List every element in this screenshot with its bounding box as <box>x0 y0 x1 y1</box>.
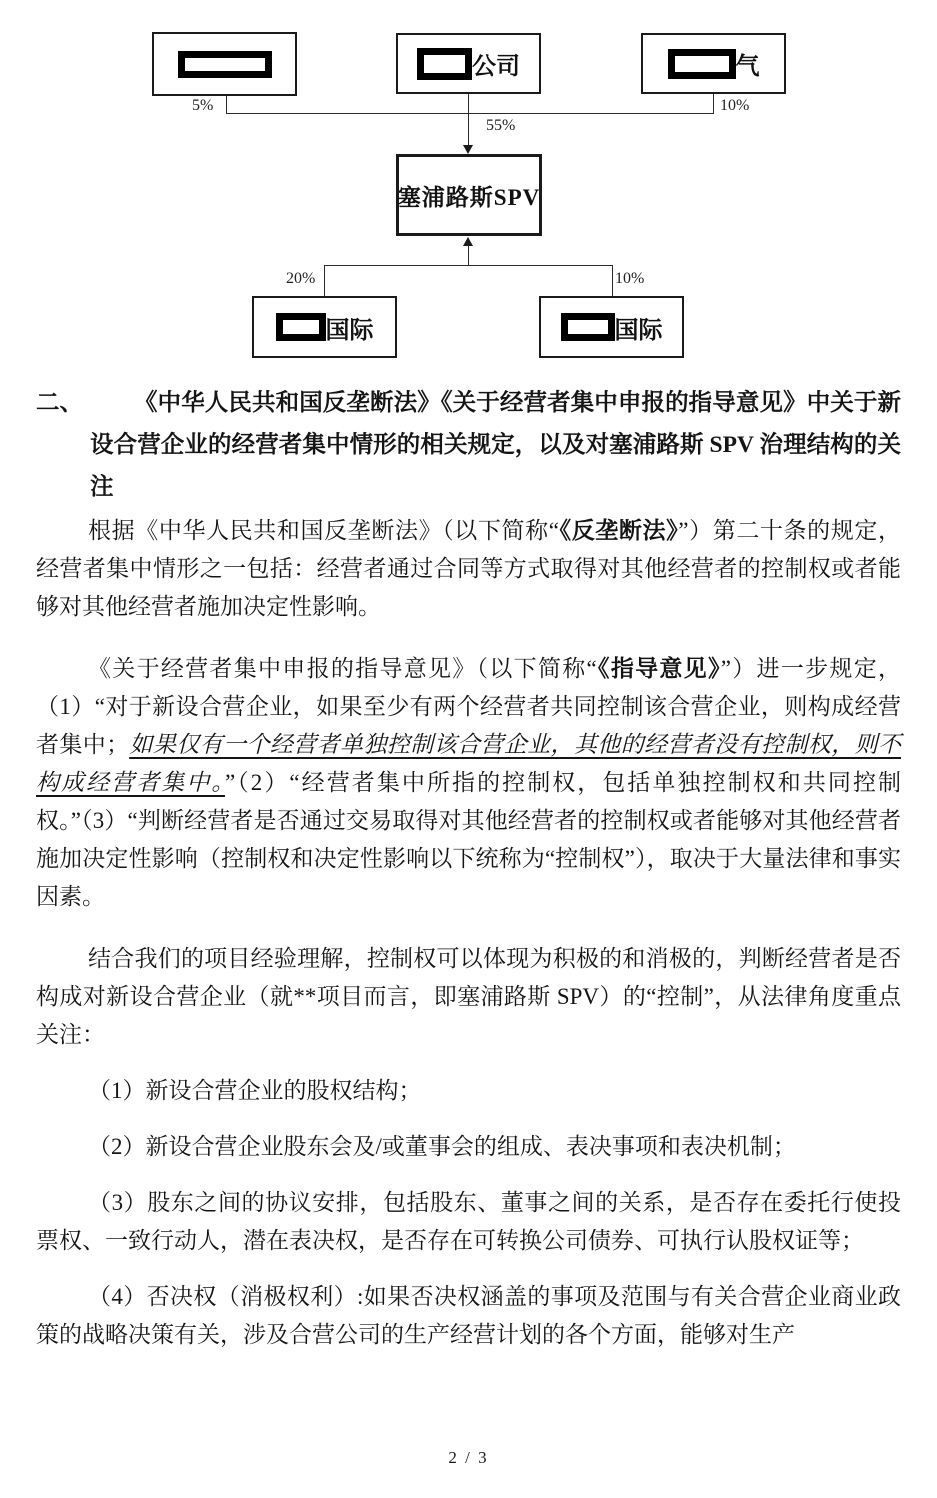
redaction-block <box>561 313 615 341</box>
section-heading: 二、 《中华人民共和国反垄断法》《关于经营者集中申报的指导意见》中关于新设合营企… <box>36 382 901 508</box>
diagram-box-label: 气 <box>736 46 760 81</box>
diagram-box-label: 国际 <box>615 310 663 345</box>
paragraph-project-experience: 结合我们的项目经验理解，控制权可以体现为积极的和消极的，判断经营者是否构成对新设… <box>36 940 901 1054</box>
paragraph-text: 《关于经营者集中申报的指导意见》（以下简称“ <box>88 656 597 681</box>
section-number: 二、 <box>36 382 83 424</box>
percent-label: 10% <box>615 270 644 288</box>
diagram-box-top-left <box>152 32 297 96</box>
diagram-box-spv: 塞浦路斯SPV <box>396 154 542 236</box>
diagram-box-label: 公司 <box>472 46 520 81</box>
list-item-text: （4）否决权（消极权利）:如果否决权涵盖的事项及范围与有关合营企业商业政策的战略… <box>36 1284 901 1347</box>
shareholding-diagram: 公司 气 5% 55% 10% 塞浦路斯SPV 20% 10% <box>0 0 937 380</box>
percent-label: 10% <box>720 97 749 115</box>
diagram-box-bottom-left: 国际 <box>252 296 397 358</box>
connector-line <box>612 265 613 296</box>
redaction-block <box>276 313 326 341</box>
connector-line <box>324 265 613 266</box>
percent-label: 20% <box>286 270 315 288</box>
list-item-text: （1）新设合营企业的股权结构； <box>88 1078 422 1103</box>
document-body: 二、 《中华人民共和国反垄断法》《关于经营者集中申报的指导意见》中关于新设合营企… <box>36 382 901 1354</box>
list-item-text: （3）股东之间的协议安排，包括股东、董事之间的关系，是否存在委托行使投票权、一致… <box>36 1190 901 1253</box>
list-item-text: （2）新设合营企业股东会及/或董事会的组成、表决事项和表决机制； <box>88 1134 796 1159</box>
diagram-box-label: 国际 <box>326 310 374 345</box>
page-number: 2 / 3 <box>0 1448 937 1468</box>
list-item-4: （4）否决权（消极权利）:如果否决权涵盖的事项及范围与有关合营企业商业政策的战略… <box>36 1278 901 1354</box>
diagram-box-top-right: 气 <box>641 33 786 94</box>
list-item-1: （1）新设合营企业的股权结构； <box>36 1072 901 1110</box>
arrowhead-down-icon <box>463 145 473 154</box>
percent-label: 5% <box>192 97 213 115</box>
diagram-box-top-middle: 公司 <box>396 33 541 94</box>
connector-line <box>468 245 469 266</box>
redaction-block <box>417 48 472 80</box>
redaction-block <box>178 51 272 78</box>
document-page: 公司 气 5% 55% 10% 塞浦路斯SPV 20% 10% <box>0 0 937 1498</box>
connector-line <box>226 113 714 114</box>
paragraph-text-bold: 《指导意见》 <box>597 656 721 681</box>
paragraph-text-bold: 《反垄断法》 <box>559 518 678 543</box>
connector-line <box>713 94 714 114</box>
paragraph-text: 根据《中华人民共和国反垄断法》（以下简称“ <box>88 518 559 543</box>
list-item-3: （3）股东之间的协议安排，包括股东、董事之间的关系，是否存在委托行使投票权、一致… <box>36 1184 901 1260</box>
connector-line <box>468 94 469 146</box>
percent-label: 55% <box>486 117 515 135</box>
diagram-box-label: 塞浦路斯SPV <box>398 179 540 212</box>
diagram-box-bottom-right: 国际 <box>539 296 684 358</box>
paragraph-guidance-opinion: 《关于经营者集中申报的指导意见》（以下简称“《指导意见》”）进一步规定，（1）“… <box>36 650 901 916</box>
list-item-2: （2）新设合营企业股东会及/或董事会的组成、表决事项和表决机制； <box>36 1128 901 1166</box>
paragraph-antimonopoly-law: 根据《中华人民共和国反垄断法》（以下简称“《反垄断法》”）第二十条的规定，经营者… <box>36 512 901 626</box>
section-title: 《中华人民共和国反垄断法》《关于经营者集中申报的指导意见》中关于新设合营企业的经… <box>90 382 901 508</box>
redaction-block <box>668 49 736 79</box>
connector-line <box>226 96 227 114</box>
connector-line <box>324 265 325 296</box>
paragraph-text: 结合我们的项目经验理解，控制权可以体现为积极的和消极的，判断经营者是否构成对新设… <box>36 946 901 1047</box>
